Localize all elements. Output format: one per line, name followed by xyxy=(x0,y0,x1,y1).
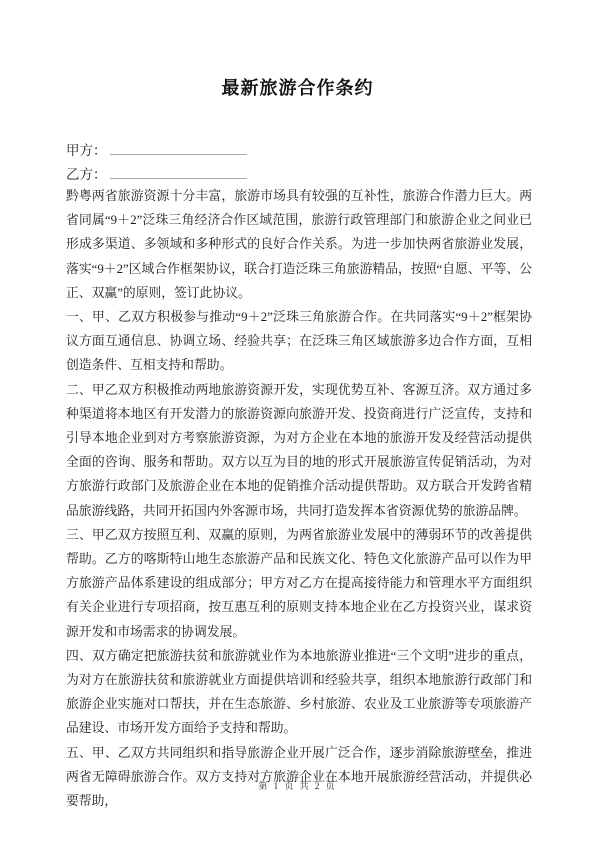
party-a-blank-line xyxy=(110,141,247,155)
document-title: 最新旅游合作条约 xyxy=(0,74,595,100)
party-a-label: 甲方： xyxy=(66,143,107,158)
party-signature-block: 甲方： 乙方： xyxy=(66,141,532,189)
paragraph-intro: 黔粤两省旅游资源十分丰富，旅游市场具有较强的互补性，旅游合作潜力巨大。两省同属“… xyxy=(66,184,532,305)
party-a-row: 甲方： xyxy=(66,141,532,165)
clause-4: 四、双方确定把旅游扶贫和旅游就业作为本地旅游业推进“三个文明”进步的重点，为对方… xyxy=(66,644,532,741)
document-page: 最新旅游合作条约 甲方： 乙方： 黔粤两省旅游资源十分丰富，旅游市场具有较强的互… xyxy=(0,0,595,841)
clause-5-partial: 五、甲、乙双方共同组织和指导旅游企业开展广泛合作，逐步消除旅游壁垒，推进两省无障… xyxy=(66,741,532,814)
clause-2: 二、甲乙双方积极推动两地旅游资源开发，实现优势互补、客源互济。双方通过多种渠道将… xyxy=(66,378,532,523)
page-number-footer: 第 1 页 共 2 页 xyxy=(0,779,595,792)
party-b-label: 乙方： xyxy=(66,167,107,182)
clause-1: 一、甲、乙双方积极参与推动“9＋2”泛珠三角旅游合作。在共同落实“9＋2”框架协… xyxy=(66,305,532,378)
clause-3: 三、甲乙双方按照互利、双赢的原则，为两省旅游业发展中的薄弱环节的改善提供帮助。乙… xyxy=(66,523,532,644)
party-b-blank-line xyxy=(110,165,247,179)
document-body: 黔粤两省旅游资源十分丰富，旅游市场具有较强的互补性，旅游合作潜力巨大。两省同属“… xyxy=(66,184,532,813)
